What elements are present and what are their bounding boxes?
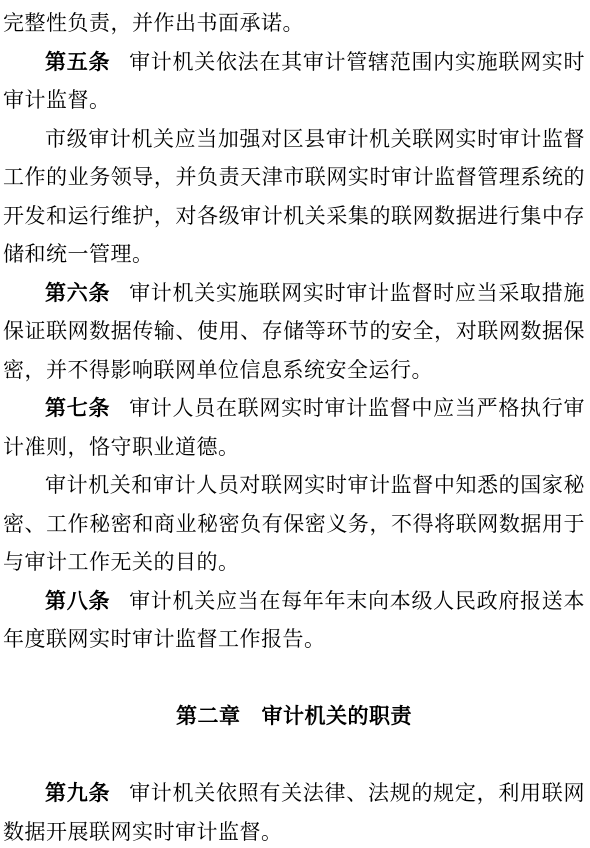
body-paragraph: 审计机关和审计人员对联网实时审计监督中知悉的国家秘密、工作秘密和商业秘密负有保密… (3, 466, 585, 582)
paragraph-text: 审计机关和审计人员对联网实时审计监督中知悉的国家秘密、工作秘密和商业秘密负有保密… (3, 473, 585, 574)
chapter-title: 审计机关的职责 (262, 704, 413, 728)
article-label: 第七条 (45, 396, 110, 420)
document-page: 完整性负责，并作出书面承诺。 第五条审计机关依法在其审计管辖范围内实施联网实时审… (0, 0, 590, 848)
paragraph-text: 市级审计机关应当加强对区县审计机关联网实时审计监督工作的业务领导，并负责天津市联… (3, 127, 585, 267)
article-paragraph-8: 第八条审计机关应当在每年年末向本级人民政府报送本年度联网实时审计监督工作报告。 (3, 582, 585, 659)
article-label: 第五条 (45, 50, 110, 74)
article-label: 第六条 (45, 281, 110, 305)
article-label: 第八条 (45, 589, 110, 613)
chapter-heading: 第二章审计机关的职责 (3, 697, 585, 736)
article-paragraph-5: 第五条审计机关依法在其审计管辖范围内实施联网实时审计监督。 (3, 43, 585, 120)
paragraph-continuation: 完整性负责，并作出书面承诺。 (3, 4, 585, 43)
paragraph-text: 完整性负责，并作出书面承诺。 (3, 11, 304, 35)
article-paragraph-9: 第九条审计机关依照有关法律、法规的规定，利用联网数据开展联网实时审计监督。 (3, 774, 585, 848)
body-paragraph: 市级审计机关应当加强对区县审计机关联网实时审计监督工作的业务领导，并负责天津市联… (3, 120, 585, 274)
article-paragraph-6: 第六条审计机关实施联网实时审计监督时应当采取措施保证联网数据传输、使用、存储等环… (3, 274, 585, 390)
chapter-label: 第二章 (176, 704, 241, 728)
article-label: 第九条 (45, 781, 110, 805)
article-paragraph-7: 第七条审计人员在联网实时审计监督中应当严格执行审计准则，恪守职业道德。 (3, 389, 585, 466)
